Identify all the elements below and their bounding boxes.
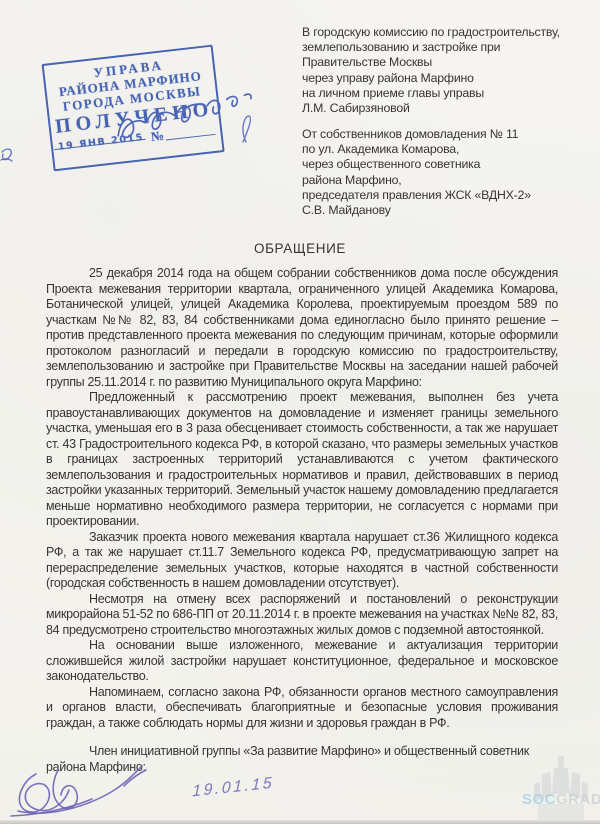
sender-line: С.В. Майданову: [302, 203, 531, 218]
recipient-block: В городскую комиссию по градостроительст…: [302, 25, 560, 116]
ink-mark-flourish: [238, 112, 254, 146]
sender-line: председателя правления ЖСК «ВДНХ-2»: [302, 188, 531, 203]
recipient-line: В городскую комиссию по градостроительст…: [302, 25, 560, 40]
recipient-line: землепользованию и застройке при: [302, 40, 560, 55]
sender-line: через общественного советника: [302, 157, 531, 172]
sender-line: по ул. Академика Комарова,: [302, 142, 531, 157]
document-title: ОБРАЩЕНИЕ: [0, 241, 600, 256]
scanned-document-page: УПРАВА РАЙОНА МАРФИНО ГОРОДА МОСКВЫ ПОЛУ…: [0, 0, 600, 824]
sender-block: От собственников домовладения № 11 по ул…: [302, 127, 531, 218]
sender-line: От собственников домовладения № 11: [302, 127, 531, 142]
paragraph-1: 25 декабря 2014 года на общем собрании с…: [46, 266, 558, 390]
site-watermark: SOCGRAD: [522, 754, 600, 824]
crest-icon: [526, 754, 596, 822]
handwritten-signature: [6, 758, 188, 822]
sender-line: района Марфино,: [302, 173, 531, 188]
recipient-line: на личном приеме главы управы: [302, 86, 560, 101]
paragraph-4: Несмотря на отмену всех распоряжений и п…: [46, 592, 558, 639]
scan-bottom-edge: [0, 820, 600, 824]
watermark-text-blue: SOC: [522, 791, 556, 808]
document-body: 25 декабря 2014 года на общем собрании с…: [46, 266, 558, 775]
paragraph-2: Предложенный к рассмотрению проект межев…: [46, 390, 558, 530]
paragraph-5: На основании выше изложенного, межевание…: [46, 638, 558, 685]
handwritten-date: 19.01.15: [192, 775, 274, 802]
paragraph-3: Заказчик проекта нового межевания кварта…: [46, 530, 558, 592]
watermark-text: SOCGRAD: [522, 791, 600, 808]
watermark-text-gray: GRAD: [556, 791, 600, 808]
paragraph-6: Напоминаем, согласно закона РФ, обязанно…: [46, 685, 558, 732]
received-stamp: УПРАВА РАЙОНА МАРФИНО ГОРОДА МОСКВЫ ПОЛУ…: [42, 45, 225, 172]
recipient-line: Правительстве Москвы: [302, 55, 560, 70]
recipient-line: Л.М. Сабирзяновой: [302, 101, 560, 116]
ink-mark-left-edge: [0, 144, 16, 166]
recipient-line: через управу района Марфино: [302, 71, 560, 86]
